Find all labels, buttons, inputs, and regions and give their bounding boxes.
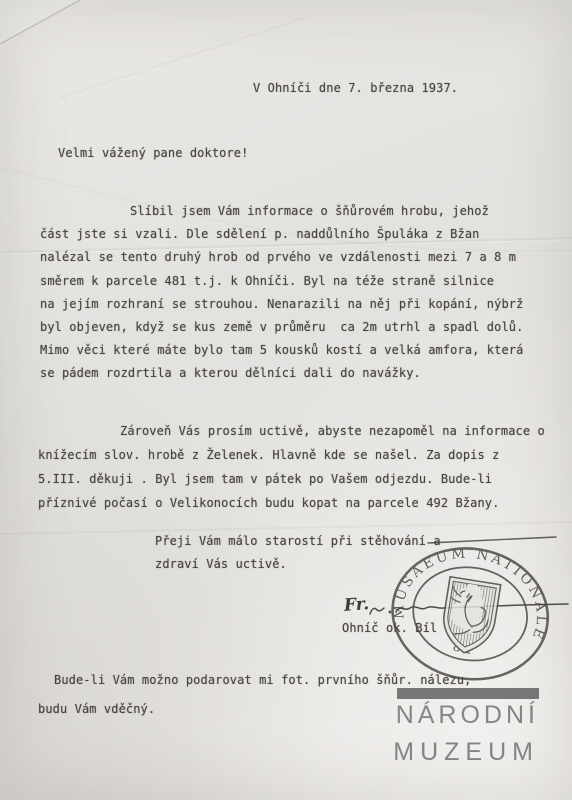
body-paragraph1-line: nalézal se tento druhý hrob od prvého ve… (40, 250, 516, 264)
body-paragraph1-line: Slíbil jsem Vám informace o šňůrovém hro… (130, 204, 489, 218)
body-paragraph1-line: směrem k parcele 481 t.j. k Ohníči. Byl … (40, 274, 494, 288)
body-paragraph1-line: Mimo věci které máte bylo tam 5 kousků k… (40, 343, 523, 357)
postscript-line: budu Vám vděčný. (38, 702, 155, 716)
folded-corner (0, 0, 80, 44)
stamp-shield (439, 576, 501, 657)
letter-scan: V Ohníči dne 7. března 1937. Velmi vážen… (0, 0, 572, 800)
body-paragraph1-line: byl objeven, když se kus země v průměru … (40, 320, 523, 334)
body-paragraph1-line: se pádem rozdrtila a kterou dělníci dali… (40, 366, 421, 380)
watermark-bar (397, 688, 539, 699)
museum-stamp: MUSAEUM NATIONALE 1818 (379, 533, 563, 697)
body-paragraph1-line: část jste si vzali. Dle sdělení p. naddů… (40, 227, 479, 241)
closing-line: zdraví Vás uctivě. (155, 557, 287, 571)
body-paragraph1-line: na jejím rozhraní se strouhou. Nenarazil… (40, 297, 523, 311)
body-paragraph2-line: příznivé počasí o Velikonocích budu kopa… (38, 496, 499, 510)
body-paragraph2-line: 5.III. děkuji . Byl jsem tam v pátek po … (38, 472, 492, 486)
watermark-line2: MUZEUM (393, 740, 539, 765)
salutation: Velmi vážený pane doktore! (58, 146, 248, 160)
body-paragraph2-line: knížecím slov. hrobě z Želenek. Hlavně k… (38, 448, 499, 462)
body-paragraph2-line: Zároveň Vás prosím uctivě, abyste nezapo… (120, 424, 545, 438)
watermark-line1: NÁRODNÍ (396, 703, 539, 728)
date-line: V Ohníči dne 7. března 1937. (253, 81, 458, 95)
